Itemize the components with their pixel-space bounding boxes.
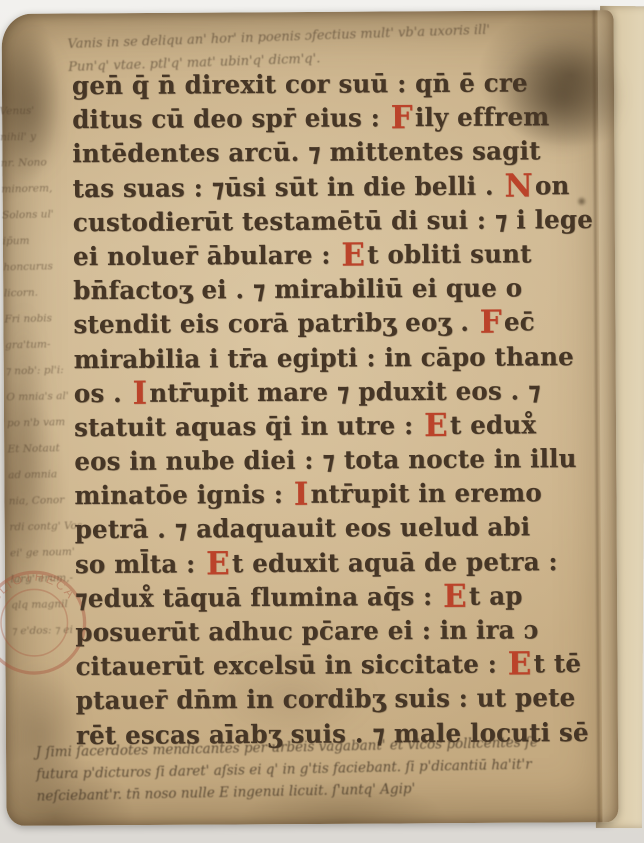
rubric-initial: E bbox=[506, 646, 534, 683]
gloss-line: gra'tum- bbox=[5, 331, 72, 359]
text-line: ditus cū deo spr̄ eius : Fily effrem bbox=[72, 99, 594, 136]
gloss-line: honcurus bbox=[3, 253, 70, 281]
text-run: ptauer̄ dn̄m in cordibʒ suis : ut pete bbox=[76, 683, 576, 716]
text-run: custodierūt testamētū di sui : ⁊ i lege bbox=[73, 204, 593, 237]
gloss-line: ip̄um bbox=[2, 227, 69, 255]
gloss-line: qlq magnil bbox=[11, 591, 78, 619]
text-line: minatōe ignis : Intr̄upit in eremo bbox=[74, 475, 596, 512]
text-run: citauerūt excelsū in siccitate : bbox=[75, 649, 505, 681]
gloss-line: nihil' y bbox=[0, 123, 66, 151]
text-line: mirabilia i tr̄a egipti : in cāpo thane bbox=[74, 339, 596, 376]
text-line: posuerūt adhuc pc̄are ei : in ira ɔ bbox=[75, 612, 597, 649]
text-run: posuerūt adhuc pc̄are ei : in ira ɔ bbox=[75, 615, 538, 648]
text-run: t tē bbox=[533, 649, 581, 679]
rubric-initial: F bbox=[478, 304, 504, 341]
text-line: ⁊edux̊ tāquā flumina aq̄s : Et ap bbox=[75, 578, 597, 615]
gloss-line: Fri nobis bbox=[4, 305, 71, 333]
text-run: gen̄ q̄ n̄ direxit cor suū : qn̄ ē cre bbox=[72, 68, 528, 101]
gloss-line: minorem, bbox=[1, 175, 68, 203]
gloss-line: ad omnia bbox=[8, 461, 75, 489]
text-run: t eduxit aquā de petra : bbox=[232, 546, 558, 578]
text-run: ec̄ bbox=[504, 307, 535, 337]
text-line: tas suas : ⁊ūsi sūt in die belli . Non bbox=[72, 168, 594, 205]
gloss-line: Venus' bbox=[0, 97, 66, 125]
gloss-line: nia, Conor bbox=[8, 487, 75, 515]
text-run: minatōe ignis : bbox=[74, 479, 292, 510]
left-marginalia: Venus'nihil' ynr. Nonominorem,Solons ul'… bbox=[0, 97, 78, 644]
text-line: citauerūt excelsū in siccitate : Et tē bbox=[75, 646, 597, 683]
text-run: ei noluer̄ ābulare : bbox=[73, 240, 340, 271]
text-run: os . bbox=[74, 378, 131, 408]
text-line: gen̄ q̄ n̄ direxit cor suū : qn̄ ē cre bbox=[72, 65, 594, 102]
rubric-initial: I bbox=[130, 375, 149, 412]
main-text-block: gen̄ q̄ n̄ direxit cor suū : qn̄ ē credi… bbox=[72, 65, 598, 752]
text-line: os . Intr̄upit mare ⁊ pduxit eos . ⁊ bbox=[74, 373, 596, 410]
rubric-initial: E bbox=[422, 407, 450, 444]
text-line: ei noluer̄ ābulare : Et obliti sunt bbox=[73, 236, 595, 273]
manuscript-photo: BIBLIOTHECA Vanis in se deliqu an' hor' … bbox=[0, 0, 644, 843]
text-line: intēdentes arcū. ⁊ mittentes sagit bbox=[72, 134, 594, 171]
gloss-line: Et Notaut bbox=[7, 435, 74, 463]
text-run: ditus cū deo spr̄ eius : bbox=[72, 103, 389, 135]
text-line: ptauer̄ dn̄m in cordibʒ suis : ut pete bbox=[76, 681, 598, 718]
gloss-line: O mnia's al' bbox=[6, 383, 73, 411]
text-line: custodierūt testamētū di sui : ⁊ i lege bbox=[73, 202, 595, 239]
text-line: bn̄factoʒ ei . ⁊ mirabiliū ei que o bbox=[73, 270, 595, 307]
text-line: stendit eis corā patribʒ eoʒ . Fec̄ bbox=[73, 305, 595, 342]
text-line: statuit aquas q̄i in utre : Et edux̊ bbox=[74, 407, 596, 444]
rubric-initial: E bbox=[441, 578, 469, 615]
text-run: ntr̄upit in eremo bbox=[310, 478, 542, 509]
text-run: so ml̄ta : bbox=[75, 548, 204, 579]
gloss-line: licorn. bbox=[4, 279, 71, 307]
text-run: t obliti sunt bbox=[367, 239, 532, 270]
text-run: on bbox=[535, 170, 570, 200]
gloss-line: ⁊ nob': pl'i: bbox=[5, 357, 72, 385]
text-run: stendit eis corā patribʒ eoʒ . bbox=[73, 307, 478, 339]
text-run: tas suas : ⁊ūsi sūt in die belli . bbox=[72, 170, 502, 202]
text-run: petrā . ⁊ adaquauit eos uelud abi bbox=[75, 512, 531, 545]
gloss-line: larg' erum,- bbox=[10, 565, 77, 593]
rubric-initial: I bbox=[292, 476, 311, 513]
rubric-initial: E bbox=[339, 237, 367, 274]
gloss-line: nr. Nono bbox=[1, 149, 68, 177]
rubric-initial: E bbox=[204, 545, 232, 582]
gloss-line: rdi contg' Vos bbox=[9, 513, 76, 541]
text-line: eos in nube diei : ⁊ tota nocte in illu bbox=[74, 441, 596, 478]
text-run: ⁊edux̊ tāquā flumina aq̄s : bbox=[75, 581, 441, 613]
rubric-initial: F bbox=[389, 100, 415, 137]
rubric-initial: N bbox=[502, 167, 535, 204]
text-run: intēdentes arcū. ⁊ mittentes sagit bbox=[72, 136, 540, 169]
gloss-line: po n'b vam bbox=[7, 409, 74, 437]
text-run: t edux̊ bbox=[450, 410, 536, 440]
text-run: ntr̄upit mare ⁊ pduxit eos . ⁊ bbox=[149, 375, 541, 407]
bottom-marginalia: J ſimi ſacerdotes mendicantes per urbeis… bbox=[36, 730, 603, 807]
text-run: ily effrem bbox=[415, 102, 550, 133]
text-line: petrā . ⁊ adaquauit eos uelud abi bbox=[75, 510, 597, 547]
text-run: statuit aquas q̄i in utre : bbox=[74, 410, 422, 442]
text-run: t ap bbox=[469, 581, 523, 611]
text-line: so ml̄ta : Et eduxit aquā de petra : bbox=[75, 544, 597, 581]
text-run: mirabilia i tr̄a egipti : in cāpo thane bbox=[74, 341, 574, 374]
parchment-page: BIBLIOTHECA Vanis in se deliqu an' hor' … bbox=[2, 10, 619, 826]
text-run: bn̄factoʒ ei . ⁊ mirabiliū ei que o bbox=[73, 273, 522, 306]
text-run: eos in nube diei : ⁊ tota nocte in illu bbox=[74, 443, 577, 476]
gloss-line: ⁊ e'dos: ⁊ ei bbox=[12, 617, 79, 645]
gloss-line: Solons ul' bbox=[2, 201, 69, 229]
gloss-line: ei' ge noum' bbox=[10, 539, 77, 567]
